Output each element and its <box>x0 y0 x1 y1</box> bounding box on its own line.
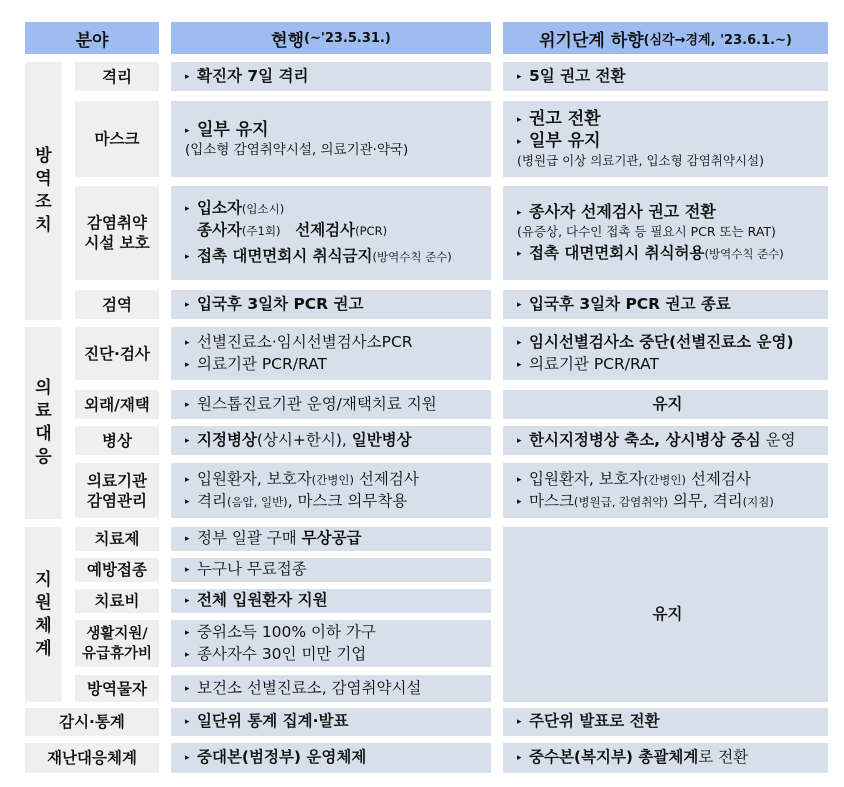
current-medical-cost: ▸전체 입원환자 지원 <box>171 589 491 613</box>
label-supplies: 방역물자 <box>75 675 159 702</box>
current-monitoring: ▸일단위 통계 집계·발표 <box>171 708 491 736</box>
bullet-icon: ▸ <box>517 333 529 354</box>
subtext: (병원급 이상 의료기관, 입소형 감염취약시설) <box>517 153 818 169</box>
label-diagnosis: 진단·검사 <box>75 327 159 380</box>
label-outpatient: 외래/재택 <box>75 390 159 419</box>
new-monitoring: ▸주단위 발표로 전환 <box>503 708 828 736</box>
label-treatment: 치료제 <box>75 527 159 551</box>
text: 감염관리 <box>87 491 147 511</box>
subtext: (간병인) <box>644 473 686 487</box>
bullet-icon: ▸ <box>185 247 197 268</box>
text: 원스톱진료기관 운영/재택치료 지원 <box>197 395 437 413</box>
new-diagnosis: ▸임시선별검사소 중단(선별진료소 운영) ▸의료기관 PCR/RAT <box>503 327 828 380</box>
subtext: (방역수칙 준수) <box>705 247 784 261</box>
new-mask: ▸권고 전환 ▸일부 유지 (병원급 이상 의료기관, 입소형 감염취약시설) <box>503 101 828 177</box>
bullet-icon: ▸ <box>185 121 197 142</box>
text: 선제검사 <box>686 470 751 488</box>
bullet-icon: ▸ <box>517 295 529 316</box>
label-medical-cost: 치료비 <box>75 589 159 613</box>
label-living-support: 생활지원/ 유급휴가비 <box>75 620 159 667</box>
bullet-icon: ▸ <box>517 110 529 131</box>
text: 무상공급 <box>302 529 362 547</box>
current-diagnosis: ▸선별진료소·임시선별검사소PCR ▸의료기관 PCR/RAT <box>171 327 491 380</box>
text: 일단위 통계 집계·발표 <box>197 712 348 730</box>
text: 임시선별검사소 중단(선별진료소 운영) <box>529 333 794 351</box>
current-outpatient: ▸원스톱진료기관 운영/재택치료 지원 <box>171 390 491 419</box>
bullet-icon: ▸ <box>185 470 197 491</box>
current-isolation: ▸확진자 7일 격리 <box>171 62 491 91</box>
label-beds: 병상 <box>75 426 159 455</box>
bullet-icon: ▸ <box>185 67 197 88</box>
bullet-icon: ▸ <box>185 560 197 581</box>
bullet-icon: ▸ <box>185 645 197 666</box>
bullet-icon: ▸ <box>517 431 529 452</box>
label-border: 검역 <box>75 290 159 319</box>
text: 종사자수 30인 미만 기업 <box>197 645 366 663</box>
new-vulnerable: ▸종사자 선제검사 권고 전환 (유증상, 다수인 접촉 등 필요시 PCR 또… <box>503 186 828 280</box>
current-beds: ▸지정병상(상시+한시), 일반병상 <box>171 426 491 455</box>
text: 의료기관 <box>87 471 147 491</box>
subtext: (음압, 일반) <box>227 495 288 509</box>
bullet-icon: ▸ <box>517 203 529 224</box>
label-mask: 마스크 <box>75 101 159 177</box>
header-field-label: 분야 <box>76 26 109 51</box>
text: 격리 <box>197 492 227 510</box>
current-vaccination: ▸누구나 무료접종 <box>171 558 491 582</box>
bullet-icon: ▸ <box>185 748 197 769</box>
subtext: (방역수칙 준수) <box>373 250 452 264</box>
text: 의료기관 PCR/RAT <box>529 355 659 373</box>
bullet-icon: ▸ <box>517 712 529 733</box>
group-quarantine: 방 역 조 치 <box>25 62 62 320</box>
text: 한시지정병상 축소, 상시병상 중심 <box>529 431 761 449</box>
new-outpatient: 유지 <box>503 390 828 419</box>
text: (상시+한시), <box>257 431 352 449</box>
text: , 마스크 의무착용 <box>288 492 408 510</box>
current-border: ▸입국후 3일차 PCR 권고 <box>171 290 491 319</box>
text: 입소자 <box>197 199 242 217</box>
bullet-icon: ▸ <box>517 748 529 769</box>
text: 일부 유지 <box>197 120 269 140</box>
bullet-icon: ▸ <box>185 679 197 700</box>
text: 일반병상 <box>352 431 412 449</box>
bullet-icon: ▸ <box>185 431 197 452</box>
bullet-icon: ▸ <box>517 244 529 265</box>
subtext: (유증상, 다수인 접촉 등 필요시 PCR 또는 RAT) <box>517 224 818 240</box>
label-hospital-infection: 의료기관 감염관리 <box>75 463 159 518</box>
text: 운영 <box>761 431 796 449</box>
bullet-icon: ▸ <box>517 67 529 88</box>
text: 의료기관 PCR/RAT <box>197 355 327 373</box>
text: 감염취약 <box>87 213 147 233</box>
header-field: 분야 <box>25 22 159 54</box>
header-new-label: 위기단계 하향 <box>539 26 643 51</box>
bullet-icon: ▸ <box>185 395 197 416</box>
bullet-icon: ▸ <box>185 355 197 376</box>
current-hospital-infection: ▸입원환자, 보호자(간병인) 선제검사 ▸격리(음압, 일반), 마스크 의무… <box>171 463 491 518</box>
text: 의무, 격리 <box>668 492 743 510</box>
current-vulnerable: ▸입소자(입소시) 종사자(주1회) 선제검사(PCR) ▸접촉 대면면회시 취… <box>171 186 491 280</box>
text: 누구나 무료접종 <box>197 560 307 578</box>
text: 유급휴가비 <box>82 644 152 664</box>
new-hospital-infection: ▸입원환자, 보호자(간병인) 선제검사 ▸마스크(병원급, 감염취약) 의무,… <box>503 463 828 518</box>
text: 종사자 <box>197 221 242 239</box>
label-vaccination: 예방접종 <box>75 558 159 582</box>
text: 중위소득 100% 이하 가구 <box>197 623 376 641</box>
subtext: (PCR) <box>355 224 387 238</box>
bullet-icon: ▸ <box>185 295 197 316</box>
text: 주단위 발표로 전환 <box>529 712 660 730</box>
header-current-label: 현행 <box>271 26 304 51</box>
new-support: 유지 <box>503 527 828 702</box>
text: 접촉 대면면회시 취식허용 <box>529 244 705 262</box>
header-new-date: (심각→경계, '23.6.1.~) <box>644 29 792 48</box>
header-current-date: (~'23.5.31.) <box>304 31 391 46</box>
text: 확진자 7일 격리 <box>197 67 308 85</box>
bullet-icon: ▸ <box>517 492 529 513</box>
group-support: 지 원 체 계 <box>25 527 62 702</box>
current-treatment: ▸정부 일괄 구매 무상공급 <box>171 527 491 551</box>
text: 로 전환 <box>698 748 748 766</box>
bullet-icon: ▸ <box>517 355 529 376</box>
text: 선제검사 <box>295 221 355 239</box>
text: 시설 보호 <box>84 233 149 253</box>
text: 입원환자, 보호자 <box>197 470 312 488</box>
bullet-icon: ▸ <box>185 712 197 733</box>
bullet-icon: ▸ <box>185 492 197 513</box>
text: 종사자 선제검사 권고 전환 <box>529 202 716 221</box>
bullet-icon: ▸ <box>185 623 197 644</box>
new-disaster: ▸중수본(복지부) 총괄체계로 전환 <box>503 743 828 773</box>
text: 지정병상 <box>197 431 257 449</box>
text: 권고 전환 <box>529 109 601 129</box>
text: 일부 유지 <box>529 131 601 151</box>
new-beds: ▸한시지정병상 축소, 상시병상 중심 운영 <box>503 426 828 455</box>
subtext: (입소형 감염취약시설, 의료기관·약국) <box>185 142 481 158</box>
new-border: ▸입국후 3일차 PCR 권고 종료 <box>503 290 828 319</box>
text: 정부 일괄 구매 <box>197 529 302 547</box>
current-living-support: ▸중위소득 100% 이하 가구 ▸종사자수 30인 미만 기업 <box>171 620 491 667</box>
text: 선별진료소·임시선별검사소PCR <box>197 333 413 351</box>
bullet-icon: ▸ <box>185 199 197 220</box>
bullet-icon: ▸ <box>185 529 197 550</box>
text: 전체 입원환자 지원 <box>197 591 328 609</box>
subtext: (지침) <box>743 495 774 509</box>
current-mask: ▸일부 유지 (입소형 감염취약시설, 의료기관·약국) <box>171 101 491 177</box>
subtext: (간병인) <box>312 473 354 487</box>
header-new: 위기단계 하향(심각→경계, '23.6.1.~) <box>503 22 828 54</box>
text: 생활지원/ <box>86 624 147 644</box>
bullet-icon: ▸ <box>185 591 197 612</box>
text: 5일 권고 전환 <box>529 67 625 85</box>
header-current: 현행(~'23.5.31.) <box>171 22 491 54</box>
bullet-icon: ▸ <box>185 333 197 354</box>
bullet-icon: ▸ <box>517 470 529 491</box>
subtext: (주1회) <box>242 224 281 238</box>
text: 접촉 대면면회시 취식금지 <box>197 247 373 265</box>
text: 입국후 3일차 PCR 권고 종료 <box>529 295 731 313</box>
current-supplies: ▸보건소 선별진료소, 감염취약시설 <box>171 675 491 702</box>
label-vulnerable: 감염취약 시설 보호 <box>75 186 159 280</box>
text: 중대본(범정부) 운영체제 <box>197 748 366 766</box>
text: 선제검사 <box>354 470 419 488</box>
current-disaster: ▸중대본(범정부) 운영체제 <box>171 743 491 773</box>
text: 보건소 선별진료소, 감염취약시설 <box>197 679 421 697</box>
text: 입국후 3일차 PCR 권고 <box>197 295 363 313</box>
new-isolation: ▸5일 권고 전환 <box>503 62 828 91</box>
text: 마스크 <box>529 492 574 510</box>
text: 중수본(복지부) 총괄체계 <box>529 748 698 766</box>
subtext: (입소시) <box>242 202 284 216</box>
subtext: (병원급, 감염취약) <box>574 495 668 509</box>
label-isolation: 격리 <box>75 62 159 91</box>
label-disaster: 재난대응체계 <box>25 743 159 773</box>
text: 입원환자, 보호자 <box>529 470 644 488</box>
bullet-icon: ▸ <box>517 132 529 153</box>
group-medical: 의 료 대 응 <box>25 327 62 519</box>
label-monitoring: 감시·통계 <box>25 708 159 736</box>
